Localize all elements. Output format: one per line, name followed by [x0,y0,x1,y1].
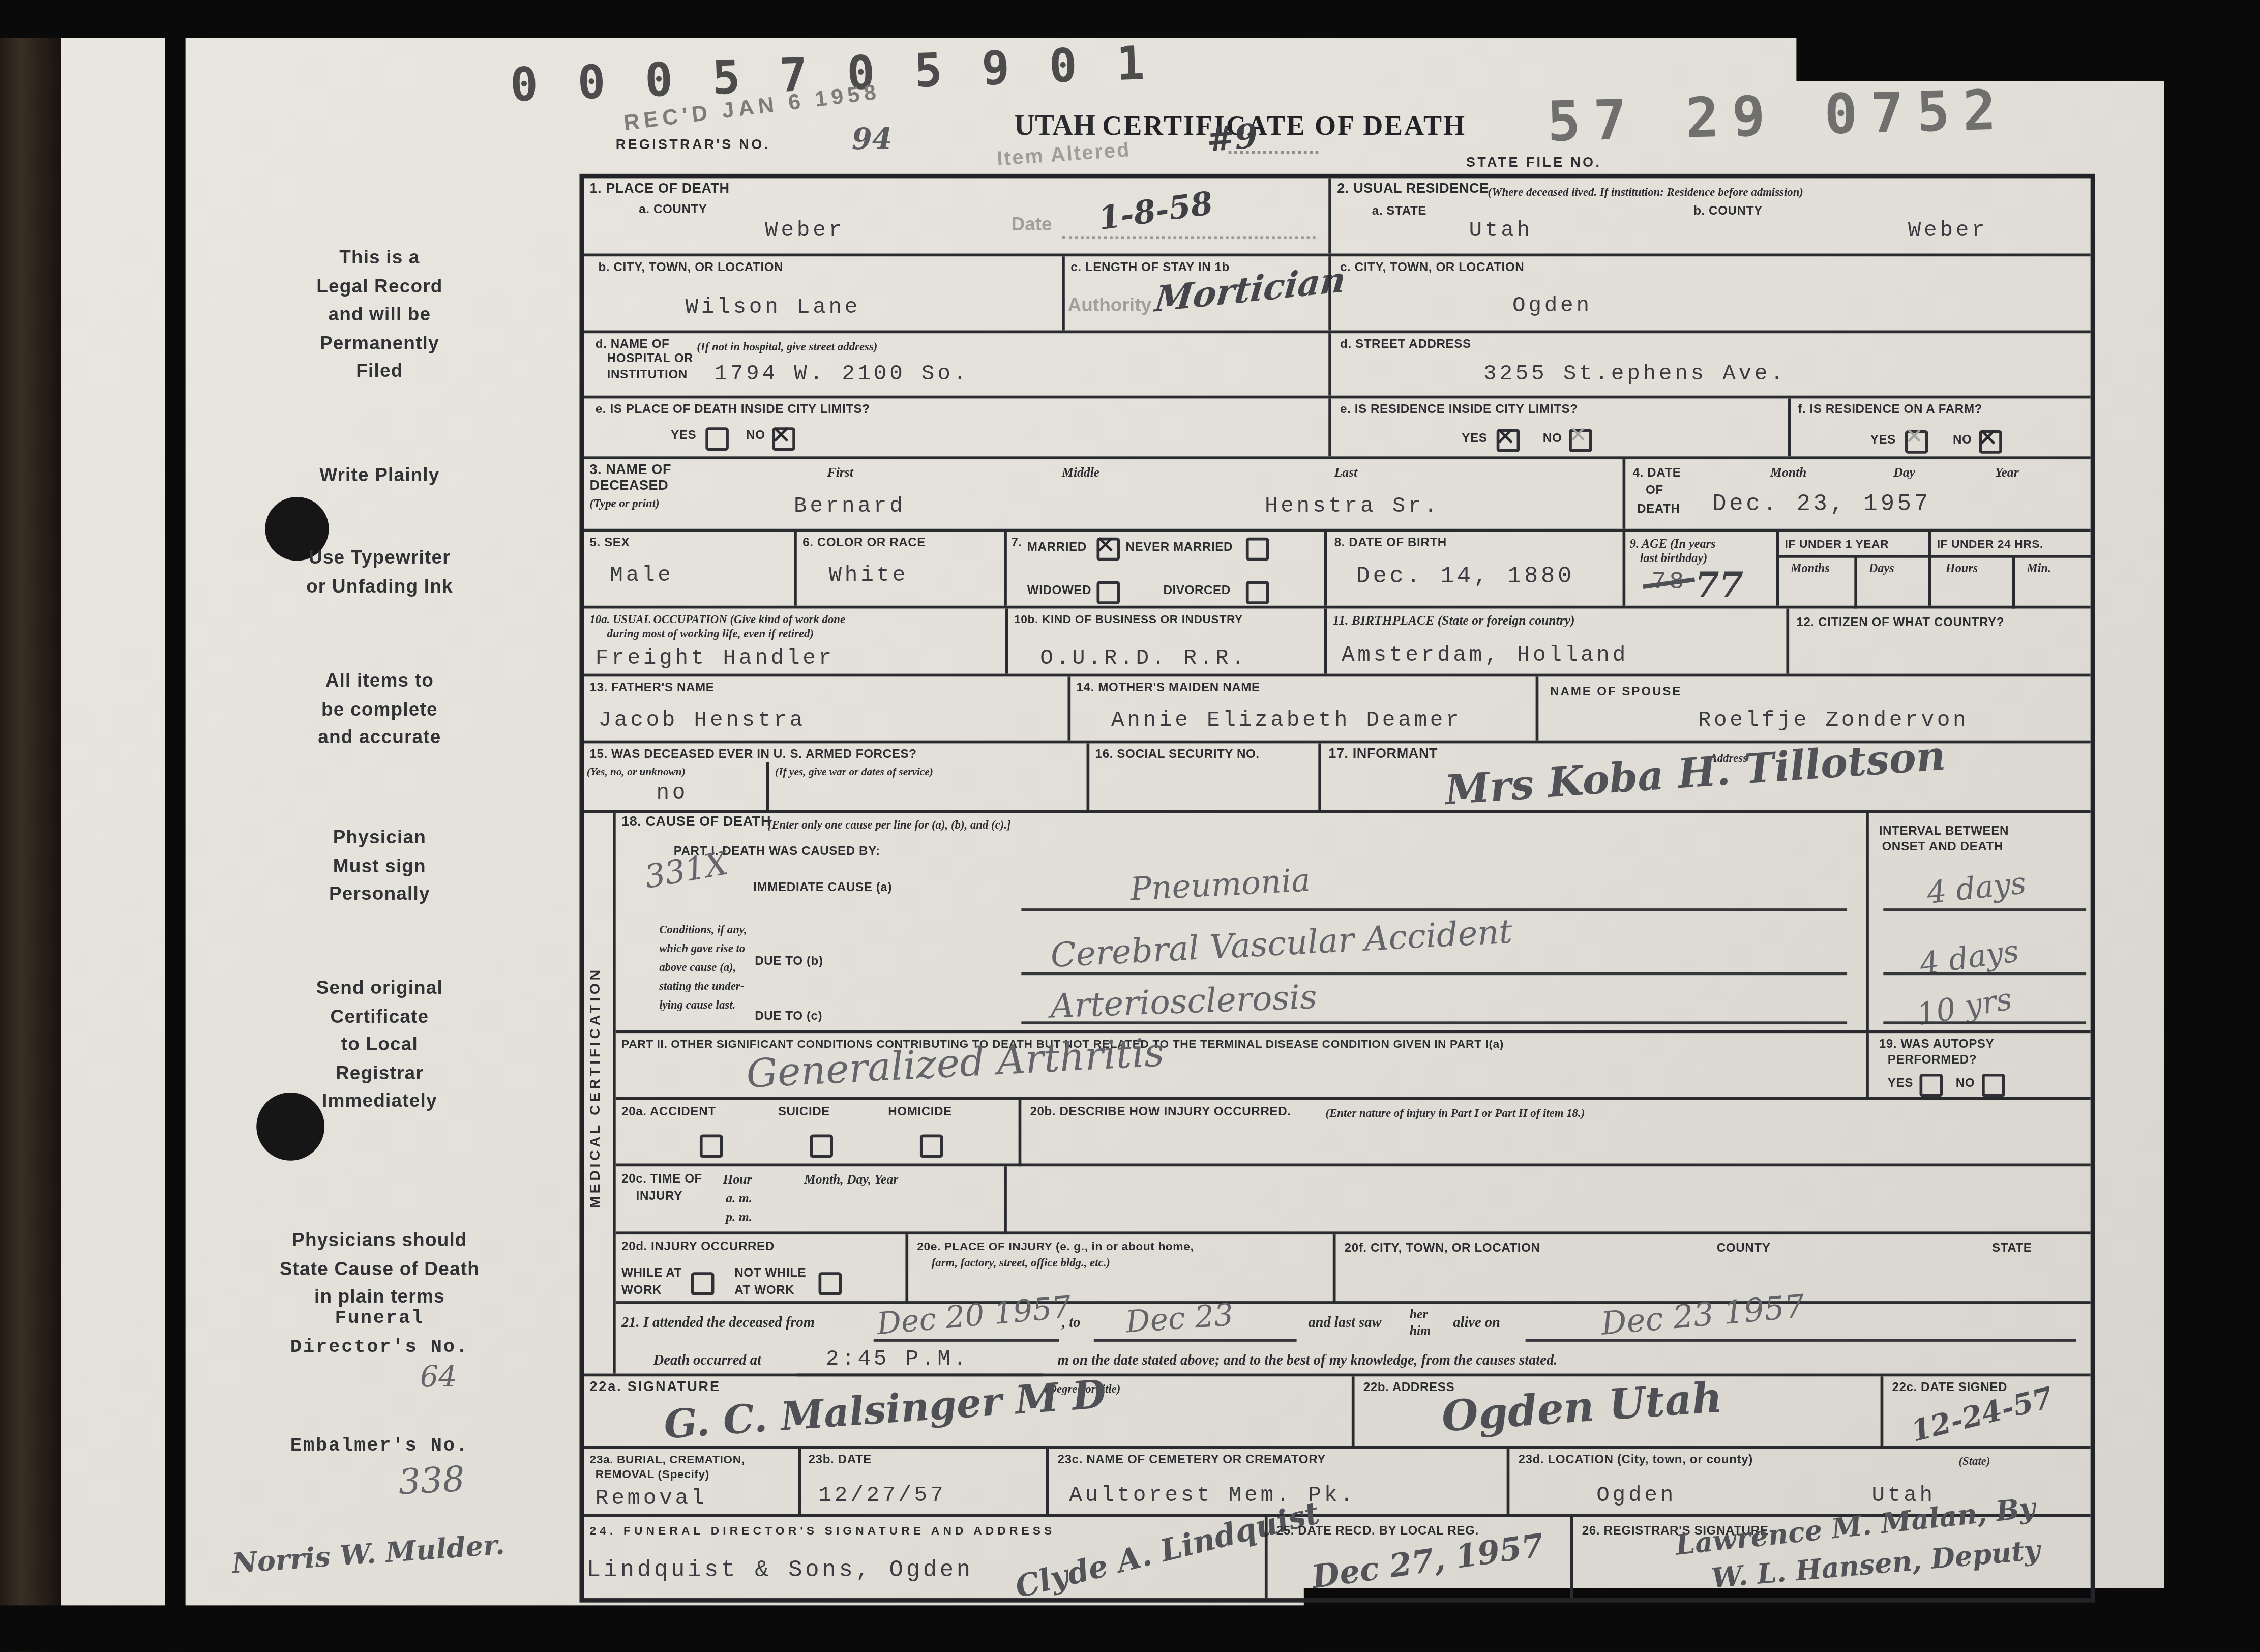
title-main: CERTIFICATE OF DEATH [1102,111,1466,142]
armed-forces-value: no [656,781,688,805]
field-1b-city-of-death: b. CITY, TOWN, OR LOCATION Wilson Lane [584,256,1062,330]
suicide-checkbox [810,1135,833,1158]
interval-c-value: 10 yrs [1914,982,2014,1032]
date-of-death-value: Dec. 23, 1957 [1712,491,1931,517]
margin-note-all-items: All items to be complete and accurate [186,666,574,751]
field-2f-residence-farm: f. IS RESIDENCE ON A FARM? YES NO [1788,398,2090,456]
row-city-location: b. CITY, TOWN, OR LOCATION Wilson Lane c… [584,254,2091,331]
field-23b-date: 23b. DATE 12/27/57 [798,1449,1046,1514]
row-parents-spouse: 13. FATHER'S NAME Jacob Henstra 14. MOTH… [584,674,2091,741]
interval-a-value: 4 days [1925,866,2028,910]
burial-city-value: Ogden [1596,1484,1676,1508]
autopsy-yes-checkbox [1920,1074,1943,1097]
margin-note-typewriter: Use Typewriter or Unfading Ink [186,543,574,600]
residence-city-limits-no-checkbox [1569,429,1592,452]
field-10a-occupation: 10a. USUAL OCCUPATION (Give kind of work… [584,608,1005,673]
scanned-death-certificate: This is a Legal Record and will be Perma… [0,0,2260,1652]
row-20def: 20d. INJURY OCCURRED WHILE AT WORK NOT W… [616,1231,2091,1301]
row-20ab: 20a. ACCIDENT SUICIDE HOMICIDE 20b. DESC… [616,1097,2091,1163]
city-of-death-value: Wilson Lane [685,296,860,320]
time-of-death-value: 2:45 P.M. [826,1347,969,1372]
field-spouse: NAME OF SPOUSE Roelfje Zondervon [1536,676,2091,740]
field-14-mother: 14. MOTHER'S MAIDEN NAME Annie Elizabeth… [1067,676,1535,740]
margin-note-legal-record: This is a Legal Record and will be Perma… [186,244,574,385]
embalmers-no-label: Embalmer's No. [186,1432,574,1460]
residence-county-value: Weber [1908,219,1988,243]
never-married-checkbox [1246,538,1269,561]
funeral-directors-no-label: Funeral Director's No. [186,1304,574,1361]
residence-state-value: Utah [1469,219,1533,243]
injury-not-at-work-checkbox [819,1272,842,1295]
date-altered-stamp-label: Date [1011,213,1052,235]
county-of-death-value: Weber [765,219,845,243]
field-2d-street-address: d. STREET ADDRESS 3255 St.ephens Ave. [1328,333,2090,395]
field-1-place-of-death: 1. PLACE OF DEATH a. COUNTY Weber Date 1… [584,178,1328,253]
field-4-date-of-death: 4. DATE OF DEATH Month Day Year Dec. 23,… [1623,459,2091,529]
row-name-dod: 3. NAME OF DECEASED (Type or print) Firs… [584,456,2091,528]
field-9-age: 9. AGE (In years last birthday) 78 77 [1623,532,1776,605]
field-9-under-24-hrs: IF UNDER 24 HRS. Hours Min. [1928,532,2091,605]
spouse-name-value: Roelfje Zondervon [1698,709,1969,733]
field-23a-burial: 23a. BURIAL, CREMATION, REMOVAL (Specify… [584,1449,798,1514]
field-22b-address: 22b. ADDRESS Ogden Utah [1352,1376,1881,1446]
item-altered-underline [1229,151,1319,154]
row-sex-race-age: 5. SEX Male 6. COLOR OR RACE White 7. MA… [584,529,2091,606]
field-15-armed-forces: 15. WAS DECEASED EVER IN U. S. ARMED FOR… [584,743,1086,810]
scan-fold-shadow [165,0,186,1652]
last-name-value: Henstra Sr. [1265,494,1440,518]
residence-farm-yes-checkbox [1905,430,1928,454]
field-7-marital-status: 7. MARRIED NEVER MARRIED WIDOWED DIVORCE… [1004,532,1324,605]
field-2e-residence-city-limits: e. IS RESIDENCE INSIDE CITY LIMITS? YES … [1328,398,1788,456]
row-hospital-street: d. NAME OF HOSPITAL OR INSTITUTION (If n… [584,331,2091,396]
race-value: White [828,564,908,588]
row-occupation: 10a. USUAL OCCUPATION (Give kind of work… [584,606,2091,674]
margin-note-physician-sign: Physician Must sign Personally [186,823,574,908]
row-23-burial: 23a. BURIAL, CREMATION, REMOVAL (Specify… [584,1446,2091,1514]
field-18-cause-of-death: 18. CAUSE OF DEATH [Enter only one cause… [616,813,2091,1030]
industry-value: O.U.R.D. R.R. [1040,646,1247,671]
burial-type-value: Removal [596,1487,707,1511]
cause-c-value: Arteriosclerosis [1050,979,1318,1026]
state-file-no-label: STATE FILE NO. [1466,157,1601,172]
field-part2: PART II. OTHER SIGNIFICANT CONDITIONS CO… [616,1030,2091,1097]
field-3-name-of-deceased: 3. NAME OF DECEASED (Type or print) Firs… [584,459,1623,529]
state-file-number-stamp: 57 29 0752 [1547,78,2010,154]
age-corrected-value: 77 [1695,564,1743,606]
homicide-checkbox [920,1135,943,1158]
funeral-directors-no-value: 64 [420,1359,457,1394]
row-place-residence-header: 1. PLACE OF DEATH a. COUNTY Weber Date 1… [584,178,2091,253]
occupation-value: Freight Handler [596,646,835,671]
field-10b-industry: 10b. KIND OF BUSINESS OR INDUSTRY O.U.R.… [1005,608,1324,673]
hospital-address-value: 1794 W. 2100 So. [714,362,969,387]
medical-certification-strip: MEDICAL CERTIFICATION [584,813,616,1373]
field-22c-date-signed: 22c. DATE SIGNED 12-24-57 [1881,1376,2091,1446]
field-21-attended: 21. I attended the deceased from Dec 20 … [616,1301,2091,1376]
title-utah: UTAH [1014,110,1095,142]
field-9-under-1-year: IF UNDER 1 YEAR Months Days [1776,532,1928,605]
divorced-checkbox [1246,581,1269,604]
field-25-date-received: 25. DATE RECD. BY LOCAL REG. Dec 27, 195… [1265,1517,1570,1599]
row-city-limits: e. IS PLACE OF DEATH INSIDE CITY LIMITS?… [584,396,2091,457]
field-26-registrar-signature: 26. REGISTRAR'S SIGNATURE Lawrence M. Ma… [1570,1517,2091,1599]
field-1e-death-city-limits: e. IS PLACE OF DEATH INSIDE CITY LIMITS?… [584,398,1328,456]
field-22a-signature: 22a. SIGNATURE (Degree or title) G. C. M… [584,1376,1352,1446]
scan-black-right [2164,0,2260,1652]
residence-city-limits-yes-checkbox [1497,429,1520,452]
death-city-limits-yes-checkbox [705,427,729,451]
received-handwritten-note: 94 [852,122,892,156]
row-24-funeral-director: 24. FUNERAL DIRECTOR'S SIGNATURE AND ADD… [584,1514,2091,1598]
row-20c: 20c. TIME OF INJURY Hour a. m. p. m. Mon… [616,1164,2091,1232]
cause-b-value: Cerebral Vascular Accident [1050,914,1513,976]
street-address-value: 3255 St.ephens Ave. [1483,362,1786,387]
field-16-ssn: 16. SOCIAL SECURITY NO. [1087,743,1319,810]
field-1d-hospital: d. NAME OF HOSPITAL OR INSTITUTION (If n… [584,333,1328,395]
date-of-birth-value: Dec. 14, 1880 [1356,564,1574,589]
field-1c-length-of-stay: c. LENGTH OF STAY IN 1b Authority Mortic… [1062,256,1328,330]
first-name-value: Bernard [794,494,905,518]
cause-a-value: Pneumonia [1129,863,1311,909]
row-22-signature: 22a. SIGNATURE (Degree or title) G. C. M… [584,1374,2091,1446]
residence-farm-no-checkbox [1979,430,2002,454]
physician-signature: G. C. Malsinger M D [663,1373,1108,1449]
sex-value: Male [610,564,673,588]
margin-note-write-plainly: Write Plainly [186,461,574,489]
field-6-color-race: 6. COLOR OR RACE White [794,532,1004,605]
funeral-home-value: Lindquist & Sons, Ogden [587,1557,973,1583]
field-11-birthplace: 11. BIRTHPLACE (State or foreign country… [1324,608,1787,673]
scanner-wood-edge [0,0,61,1652]
injury-while-at-work-checkbox [691,1272,715,1295]
field-24-funeral-director: 24. FUNERAL DIRECTOR'S SIGNATURE AND ADD… [584,1517,1265,1599]
medical-certification-block: MEDICAL CERTIFICATION 18. CAUSE OF DEATH… [584,810,2091,1373]
field-2-usual-residence: 2. USUAL RESIDENCE (Where deceased lived… [1328,178,2090,253]
burial-date-value: 12/27/57 [819,1484,946,1508]
field-17-informant: 17. INFORMANT Address Mrs Koba H. Tillot… [1318,743,2090,810]
field-13-father: 13. FATHER'S NAME Jacob Henstra [584,676,1067,740]
authority-stamp-label: Authority [1067,294,1151,316]
field-12-citizen: 12. CITIZEN OF WHAT COUNTRY? [1786,608,2090,673]
father-name-value: Jacob Henstra [599,709,806,733]
informant-signature: Mrs Koba H. Tillotson [1443,731,1947,814]
field-8-date-of-birth: 8. DATE OF BIRTH Dec. 14, 1880 [1324,532,1623,605]
code-331x: 331X [642,846,731,897]
field-5-sex: 5. SEX Male [584,532,794,605]
margin-note-plain-terms: Physicians should State Cause of Death i… [186,1226,574,1311]
date-altered-dotted-line [1062,236,1316,239]
registrars-no-label: REGISTRAR'S NO. [616,139,770,155]
mother-maiden-name-value: Annie Elizabeth Deamer [1111,709,1462,733]
residence-city-value: Ogden [1512,294,1592,318]
death-city-limits-no-checkbox [772,427,795,451]
attended-to-value: Dec 23 [1124,1297,1234,1340]
accident-checkbox [700,1135,723,1158]
autopsy-no-checkbox [1982,1074,2005,1097]
widowed-checkbox [1096,581,1120,604]
margin-note-send-original: Send original Certificate to Local Regis… [186,973,574,1115]
married-checkbox [1096,538,1120,561]
birthplace-value: Amsterdam, Holland [1342,643,1628,668]
certificate-form: 1. PLACE OF DEATH a. COUNTY Weber Date 1… [579,174,2095,1603]
field-2c-residence-city: c. CITY, TOWN, OR LOCATION Ogden [1328,256,2090,330]
row-forces-informant: 15. WAS DECEASED EVER IN U. S. ARMED FOR… [584,741,2091,810]
embalmers-no-value: 338 [397,1459,466,1502]
physician-address-value: Ogden Utah [1440,1373,1724,1441]
date-altered-value: 1-8-58 [1096,185,1215,238]
